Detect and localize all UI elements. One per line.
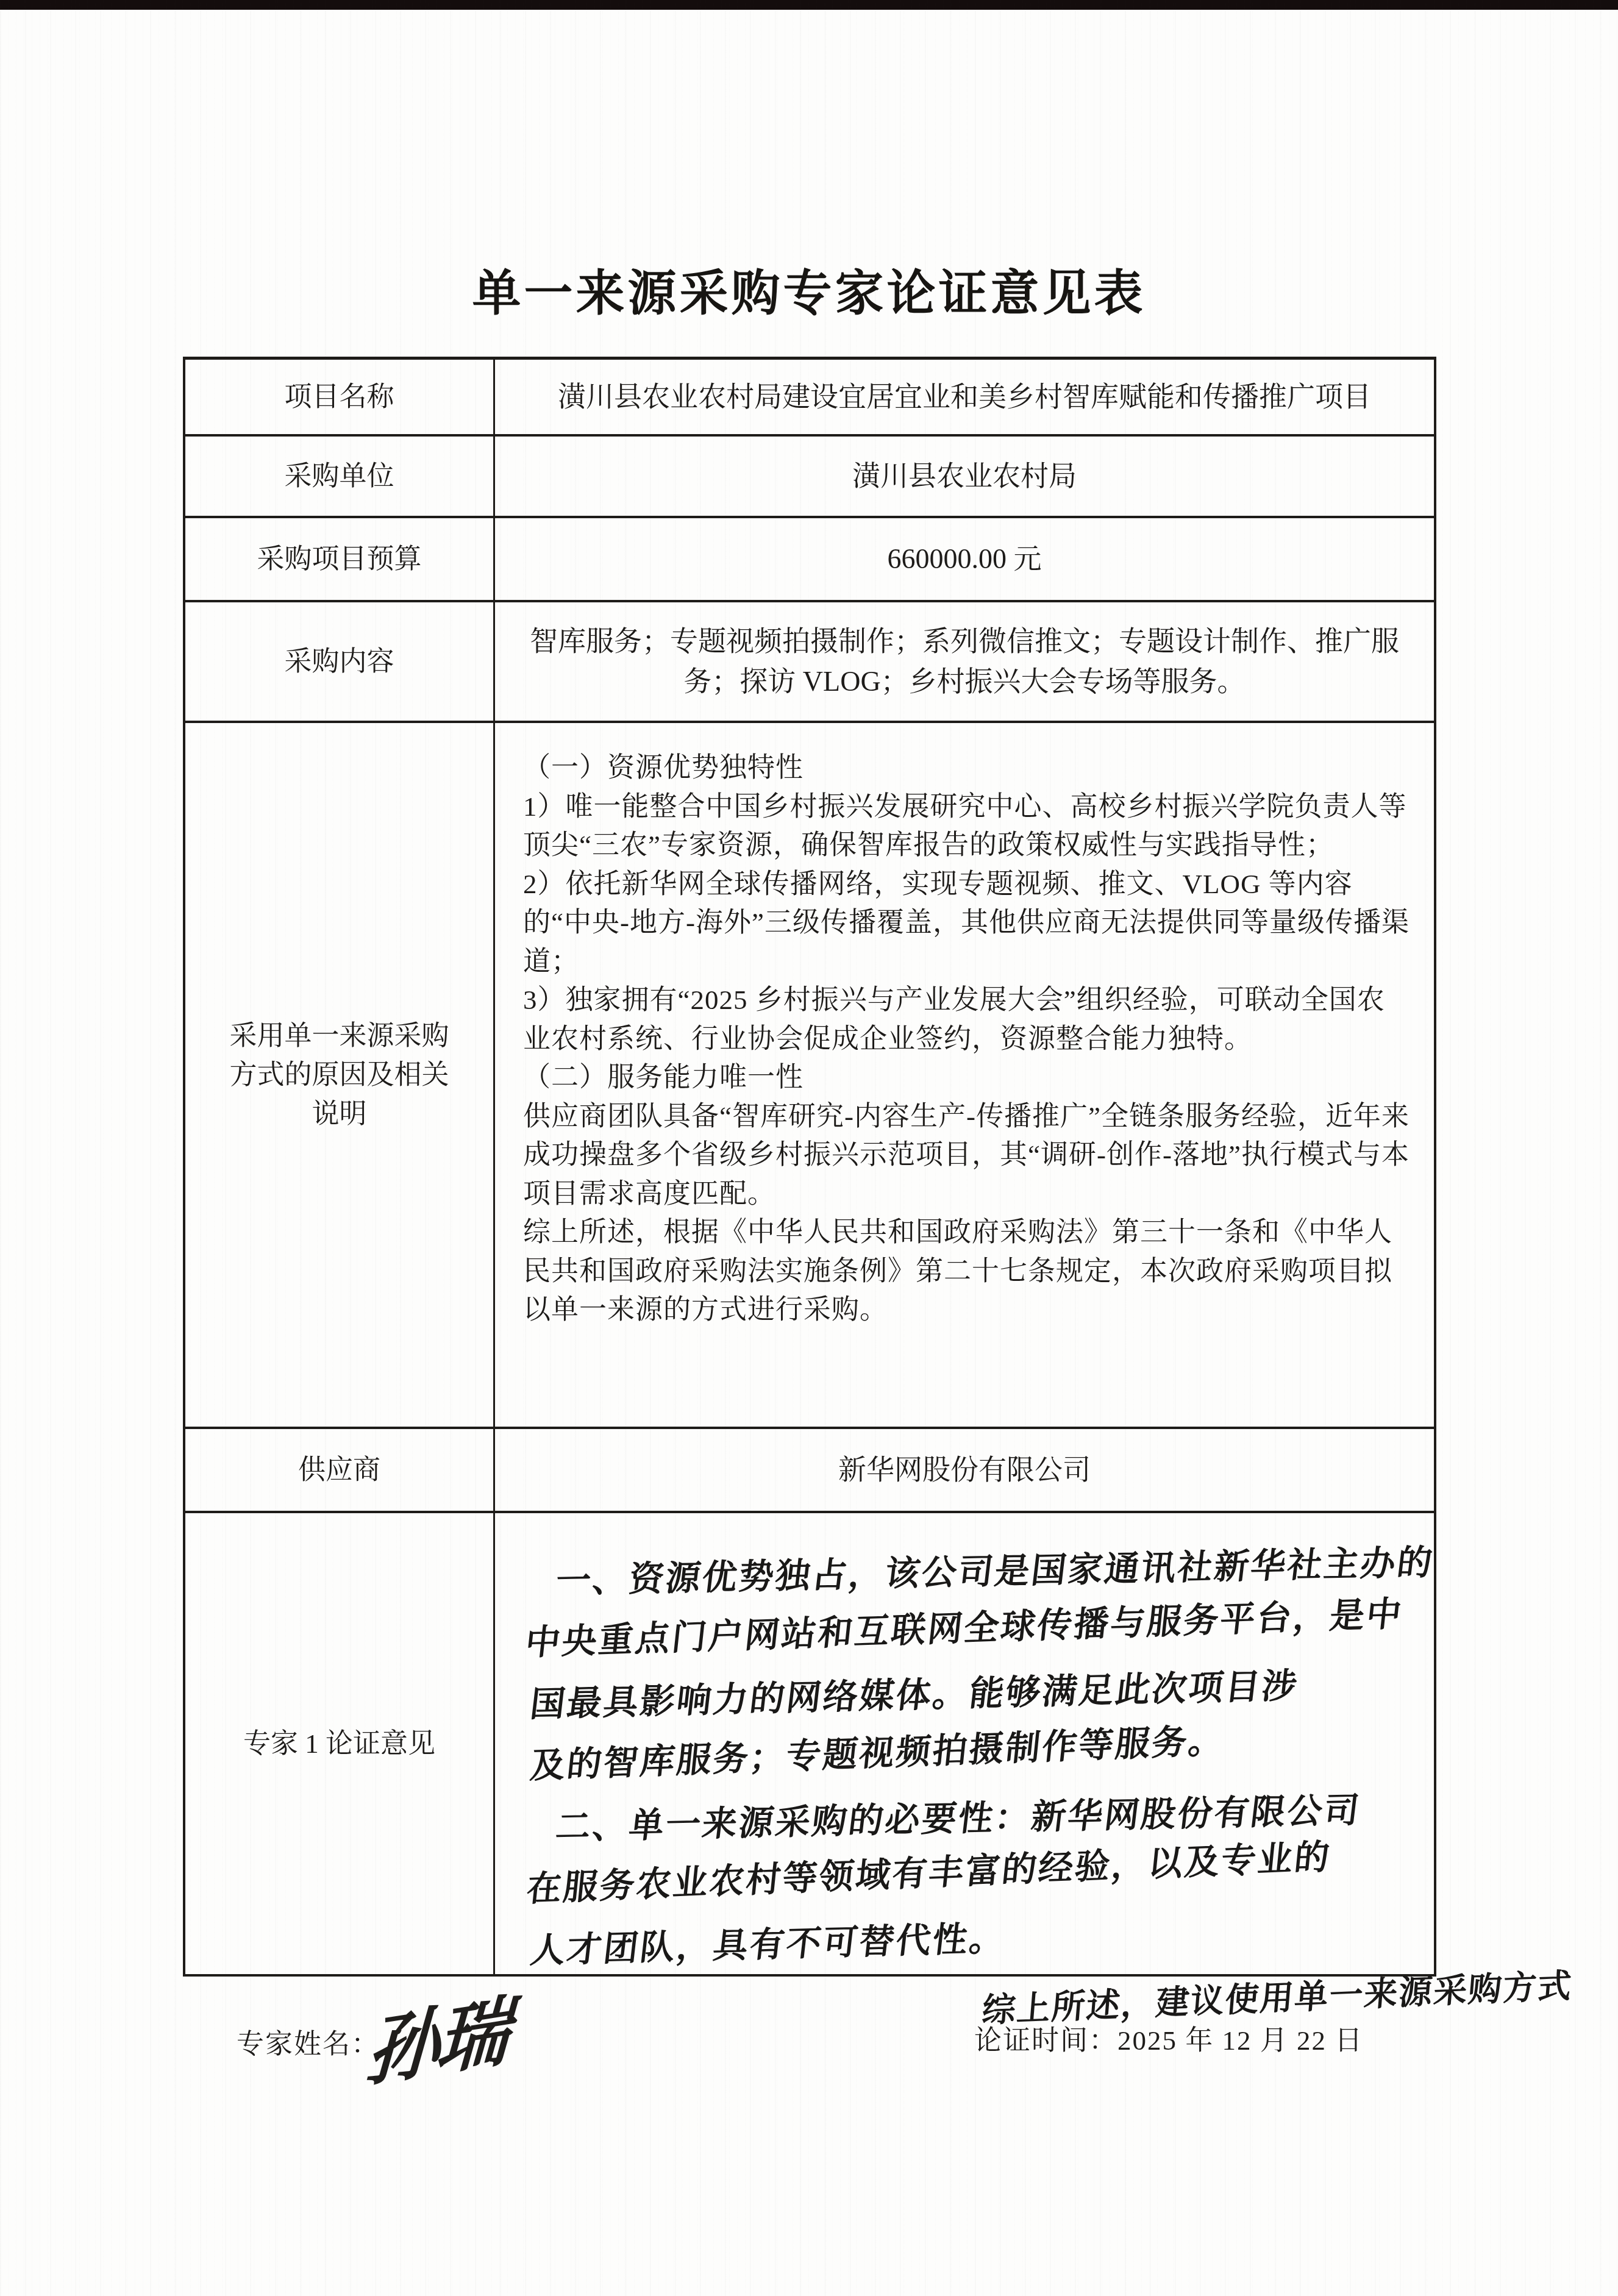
reason-paragraph: （二）服务能力唯一性	[523, 1058, 1411, 1097]
row-value-project-name: 潢川县农业农村局建设宜居宜业和美乡村智库赋能和传播推广项目	[495, 360, 1434, 434]
row-value-purchaser: 潢川县农业农村局	[495, 437, 1434, 516]
reason-paragraph: 1）唯一能整合中国乡村振兴发展研究中心、高校乡村振兴学院负责人等顶尖“三农”专家…	[523, 788, 1411, 865]
row-label-supplier: 供应商	[185, 1429, 495, 1511]
row-value-budget: 660000.00 元	[495, 518, 1434, 600]
row-value-reason: （一）资源优势独特性 1）唯一能整合中国乡村振兴发展研究中心、高校乡村振兴学院负…	[495, 723, 1434, 1427]
review-time-value: 2025 年 12 月 22 日	[1117, 2025, 1363, 2056]
row-label-budget: 采购项目预算	[185, 518, 495, 600]
scan-edge-strip	[0, 0, 1618, 10]
expert-name-label: 专家姓名：	[237, 2022, 380, 2061]
table-row-expert-opinion: 专家 1 论证意见 一、资源优势独占，该公司是国家通讯社新华社主办的 中央重点门…	[185, 1513, 1434, 1974]
reason-paragraph: 供应商团队具备“智库研究-内容生产-传播推广”全链条服务经验，近年来成功操盘多个…	[523, 1097, 1411, 1214]
row-value-supplier: 新华网股份有限公司	[495, 1429, 1434, 1511]
reason-paragraph: 2）依托新华网全球传播网络，实现专题视频、推文、VLOG 等内容的“中央-地方-…	[523, 865, 1411, 982]
opinion-form-table: 项目名称 潢川县农业农村局建设宜居宜业和美乡村智库赋能和传播推广项目 采购单位 …	[183, 357, 1436, 1977]
row-value-expert-opinion: 一、资源优势独占，该公司是国家通讯社新华社主办的 中央重点门户网站和互联网全球传…	[495, 1513, 1434, 1974]
row-label-reason: 采用单一来源采购方式的原因及相关说明	[185, 723, 495, 1427]
form-title: 单一来源采购专家论证意见表	[0, 254, 1618, 324]
row-label-content: 采购内容	[185, 602, 495, 721]
reason-paragraph: 综上所述，根据《中华人民共和国政府采购法》第三十一条和《中华人民共和国政府采购法…	[523, 1213, 1411, 1330]
table-row-supplier: 供应商 新华网股份有限公司	[185, 1429, 1434, 1513]
table-row-purchaser: 采购单位 潢川县农业农村局	[185, 437, 1434, 518]
reason-paragraph: 3）独家拥有“2025 乡村振兴与产业发展大会”组织经验，可联动全国农业农村系统…	[523, 981, 1411, 1058]
row-value-content: 智库服务；专题视频拍摄制作；系列微信推文；专题设计制作、推广服务；探访 VLOG…	[495, 602, 1434, 721]
scanned-document-page: 单一来源采购专家论证意见表 项目名称 潢川县农业农村局建设宜居宜业和美乡村智库赋…	[0, 0, 1618, 2296]
row-label-purchaser: 采购单位	[185, 437, 495, 516]
table-row-budget: 采购项目预算 660000.00 元	[185, 518, 1434, 602]
row-label-expert-opinion: 专家 1 论证意见	[185, 1513, 495, 1974]
table-row-content: 采购内容 智库服务；专题视频拍摄制作；系列微信推文；专题设计制作、推广服务；探访…	[185, 602, 1434, 723]
reason-paragraph: （一）资源优势独特性	[523, 749, 1411, 788]
expert-signature: 孙瑞	[364, 1970, 510, 2102]
row-label-project-name: 项目名称	[185, 360, 495, 434]
handwriting-closing-note: 综上所述，建议使用单一来源采购方式	[980, 1959, 1575, 2032]
table-row-project-name: 项目名称 潢川县农业农村局建设宜居宜业和美乡村智库赋能和传播推广项目	[185, 360, 1434, 437]
table-row-reason: 采用单一来源采购方式的原因及相关说明 （一）资源优势独特性 1）唯一能整合中国乡…	[185, 723, 1434, 1429]
